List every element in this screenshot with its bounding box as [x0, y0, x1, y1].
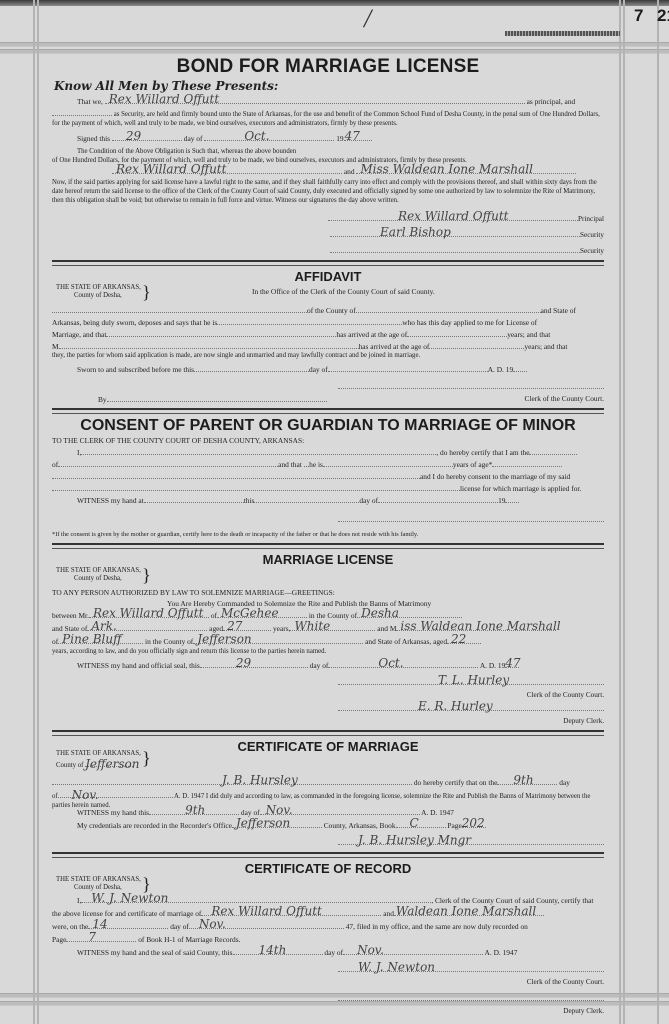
certificate-marriage-section: CERTIFICATE OF MARRIAGE THE STATE OF ARK… — [52, 739, 604, 849]
state-label: THE STATE OF ARKANSAS, — [56, 876, 141, 883]
license-clerk-signature: T. L. Hurley — [52, 675, 604, 689]
license-witness-line: WITNESS my hand and official seal, this2… — [52, 659, 604, 672]
marriage-record-form: BOND FOR MARRIAGE LICENSE Know All Men b… — [52, 56, 604, 1017]
bride-town-field: Pine Bluff — [58, 635, 143, 644]
affidavit-line-3: Marriage, and thathas arrived at the age… — [52, 328, 604, 340]
affidavit-section: AFFIDAVIT THE STATE OF ARKANSAS, County … — [52, 269, 604, 405]
affidavit-header: THE STATE OF ARKANSAS, County of Desha, … — [52, 284, 604, 304]
consent-line-1: I,, do hereby certify that I am the — [52, 446, 604, 458]
affidavit-line-5: they, the parties for whom said applicat… — [52, 352, 604, 361]
page-number-2: 21 — [657, 6, 669, 26]
consent-line-2: ofand that ...he isyears of age* — [52, 458, 604, 470]
page-number: 7 — [634, 6, 643, 26]
record-clerk-signature: W. J. Newton — [52, 962, 604, 976]
frame-line-right — [619, 0, 621, 1024]
certificate-record-title: CERTIFICATE OF RECORD — [52, 861, 604, 876]
record-witness-line: WITNESS my hand and the seal of said Cou… — [52, 946, 604, 959]
bond-principal-line: That we, Rex Willard Offutt as principal… — [52, 95, 604, 107]
consent-footnote: *If the consent is given by the mother o… — [52, 529, 604, 540]
bond-title: BOND FOR MARRIAGE LICENSE — [52, 56, 604, 78]
section-divider — [52, 543, 604, 549]
certificate-witness-line: WITNESS my hand this9th day ofNov. A. D.… — [52, 806, 604, 819]
consent-line-3: and I do hereby consent to the marriage … — [52, 470, 604, 482]
section-divider — [52, 408, 604, 414]
section-divider — [52, 852, 604, 858]
affidavit-line-4: Mhas arrived at the age ofyears; and tha… — [52, 340, 604, 352]
principal-field: Rex Willard Offutt — [105, 95, 525, 104]
county-label: County of Desha, — [56, 292, 122, 299]
signed-year-field: 47 — [344, 132, 372, 141]
county-label: County of Desha, — [56, 884, 122, 891]
record-deputy-label: Deputy Clerk. — [52, 1005, 604, 1017]
bride-age-field: 22 — [447, 635, 481, 644]
state-label: THE STATE OF ARKANSAS, — [56, 567, 141, 574]
affidavit-by-line: By Clerk of the County Court. — [52, 393, 604, 405]
signature-security-2: Security — [52, 243, 604, 257]
signed-month-field: Oct. — [204, 132, 334, 141]
bride-field: Miss Waldean Ione Marshall — [356, 165, 576, 174]
signature-security-1: Earl BishopSecurity — [52, 227, 604, 241]
clerk-label: Clerk of the County Court. — [525, 393, 604, 404]
affidavit-line-2: Arkansas, being duly sworn, deposes and … — [52, 316, 604, 328]
officiant-signature: J. B. Hursley Mngr — [52, 835, 604, 849]
affidavit-line-1: of the County ofand State of — [52, 304, 604, 316]
bond-condition: The Condition of the Above Obligation is… — [52, 148, 604, 157]
bond-security-text: as Security, are held and firmly bound u… — [52, 107, 604, 128]
groom-name-field: Rex Willard Offutt — [89, 609, 209, 618]
license-section: MARRIAGE LICENSE THE STATE OF ARKANSAS, … — [52, 552, 604, 728]
frame-line-top — [0, 42, 669, 47]
groom-town-field: McGehee — [217, 609, 307, 618]
scan-edge — [0, 0, 669, 6]
license-title: MARRIAGE LICENSE — [52, 552, 604, 567]
groom-state-field: Ark. — [87, 622, 207, 631]
record-parties-line: the above license for and certificate of… — [52, 907, 604, 920]
bond-signed-line: Signed this 29 day of Oct. 1947 — [52, 132, 604, 144]
groom-field: Rex Willard Offutt — [112, 165, 342, 174]
license-deputy-label: Deputy Clerk. — [52, 715, 604, 727]
groom-race-field: White — [290, 622, 375, 631]
bride-county-field: Jefferson — [193, 635, 363, 644]
license-greeting: TO ANY PERSON AUTHORIZED BY LAW TO SOLEM… — [52, 587, 604, 598]
affidavit-office: In the Office of the Clerk of the County… — [252, 286, 435, 297]
signed-day-field: 29 — [112, 132, 182, 141]
state-label: THE STATE OF ARKANSAS, — [56, 750, 141, 757]
bride-name-field: iss Waldean Ione Marshall — [396, 622, 556, 631]
consent-section: CONSENT OF PARENT OR GUARDIAN TO MARRIAG… — [52, 417, 604, 540]
affidavit-title: AFFIDAVIT — [52, 269, 604, 284]
frame-line-top-2 — [0, 49, 669, 54]
consent-witness-line: WITNESS my hand atthisday of19 — [52, 494, 604, 506]
bond-conditions-text: Now, if the said parties applying for sa… — [52, 179, 604, 205]
license-clerk-label: Clerk of the County Court. — [52, 689, 604, 701]
section-divider — [52, 260, 604, 266]
certificate-credentials-line: My credentials are recorded in the Recor… — [52, 819, 604, 832]
license-return-text: years, according to law, and do you offi… — [52, 648, 604, 657]
county-label: County of Desha, — [56, 575, 122, 582]
signature-principal: Rex Willard OffuttPrincipal — [52, 211, 604, 225]
license-bride-line: ofPine Bluff in the County ofJefferson a… — [52, 635, 604, 648]
record-filed-line: were, on the14 day ofNov. 47, filed in m… — [52, 920, 604, 933]
frame-line-left-2 — [37, 0, 39, 1024]
certificate-record-section: CERTIFICATE OF RECORD THE STATE OF ARKAN… — [52, 861, 604, 1017]
bond-parties-line: Rex Willard Offutt and Miss Waldean Ione… — [52, 165, 604, 179]
license-groom-line-2: and State ofArk. aged27 years,White and … — [52, 622, 604, 635]
frame-line-left — [33, 0, 35, 1024]
margin-mark: / — [364, 4, 371, 34]
license-deputy-signature: E. R. Hurley — [52, 701, 604, 715]
state-label: THE STATE OF ARKANSAS, — [56, 284, 141, 291]
consent-to-line: TO THE CLERK OF THE COUNTY COURT OF DESH… — [52, 435, 604, 446]
affidavit-sworn-line: Sworn to and subscribed before me thisda… — [52, 363, 604, 375]
frame-line-right-2 — [623, 0, 625, 1024]
consent-title: CONSENT OF PARENT OR GUARDIAN TO MARRIAG… — [52, 417, 604, 435]
certificate-officiant-line: J. B. Hursley do hereby certify that on … — [52, 776, 604, 789]
printer-imprint — [505, 31, 620, 36]
certificate-solemnize-text: ofNov. A. D. 1947 I did duly and accordi… — [52, 789, 604, 803]
section-divider — [52, 730, 604, 736]
groom-age-field: 27 — [223, 622, 271, 631]
consent-line-4: license for which marriage is applied fo… — [52, 482, 604, 494]
bond-section: BOND FOR MARRIAGE LICENSE Know All Men b… — [52, 56, 604, 257]
record-clerk-label: Clerk of the County Court. — [52, 976, 604, 988]
frame-line-edge — [657, 0, 659, 1024]
bond-subtitle: Know All Men by These Presents: — [54, 79, 604, 93]
groom-county-field: Desha — [357, 609, 462, 618]
record-page-line: Page7 of Book H-1 of Marriage Records. — [52, 933, 604, 946]
